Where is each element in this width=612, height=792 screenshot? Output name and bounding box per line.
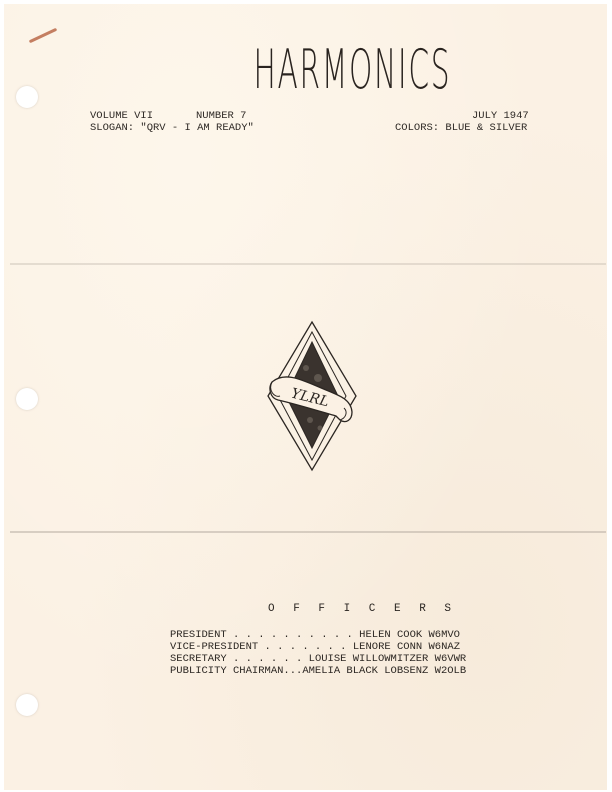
officer-row: SECRETARY . . . . . . LOUISE WILLOWMITZE… [170, 653, 460, 665]
dot-leader: . . . . . . . [258, 641, 353, 653]
punch-hole [16, 694, 38, 716]
dot-leader: ... [283, 665, 302, 677]
officers-list: PRESIDENT . . . . . . . . . . HELEN COOK… [170, 629, 460, 677]
ylrl-emblem-icon: YLRL [266, 320, 358, 472]
issue-number: NUMBER 7 [196, 110, 246, 122]
officer-title: SECRETARY [170, 653, 227, 665]
masthead-title: HARMONICS [254, 38, 375, 101]
slogan: SLOGAN: "QRV - I AM READY" [90, 122, 254, 134]
club-colors: COLORS: BLUE & SILVER [395, 122, 527, 134]
officer-name: AMELIA BLACK LOBSENZ W2OLB [302, 665, 466, 677]
officer-row: VICE-PRESIDENT . . . . . . . LENORE CONN… [170, 641, 460, 653]
officers-heading: O F F I C E R S [268, 603, 457, 615]
dot-leader: . . . . . . . . . . [227, 629, 359, 641]
officer-row: PUBLICITY CHAIRMAN...AMELIA BLACK LOBSEN… [170, 665, 460, 677]
fold-line [10, 263, 606, 265]
dot-leader: . . . . . . [227, 653, 309, 665]
punch-hole [16, 86, 38, 108]
officer-title: VICE-PRESIDENT [170, 641, 258, 653]
issue-date: JULY 1947 [472, 110, 529, 122]
officer-row: PRESIDENT . . . . . . . . . . HELEN COOK… [170, 629, 460, 641]
officer-name: HELEN COOK W6MVO [359, 629, 460, 641]
officer-title: PUBLICITY CHAIRMAN [170, 665, 283, 677]
ink-mark [29, 28, 57, 43]
punch-hole [16, 388, 38, 410]
officer-name: LENORE CONN W6NAZ [353, 641, 460, 653]
fold-line [10, 531, 606, 533]
officer-title: PRESIDENT [170, 629, 227, 641]
officer-name: LOUISE WILLOWMITZER W6VWR [309, 653, 467, 665]
volume-label: VOLUME VII [90, 110, 153, 122]
